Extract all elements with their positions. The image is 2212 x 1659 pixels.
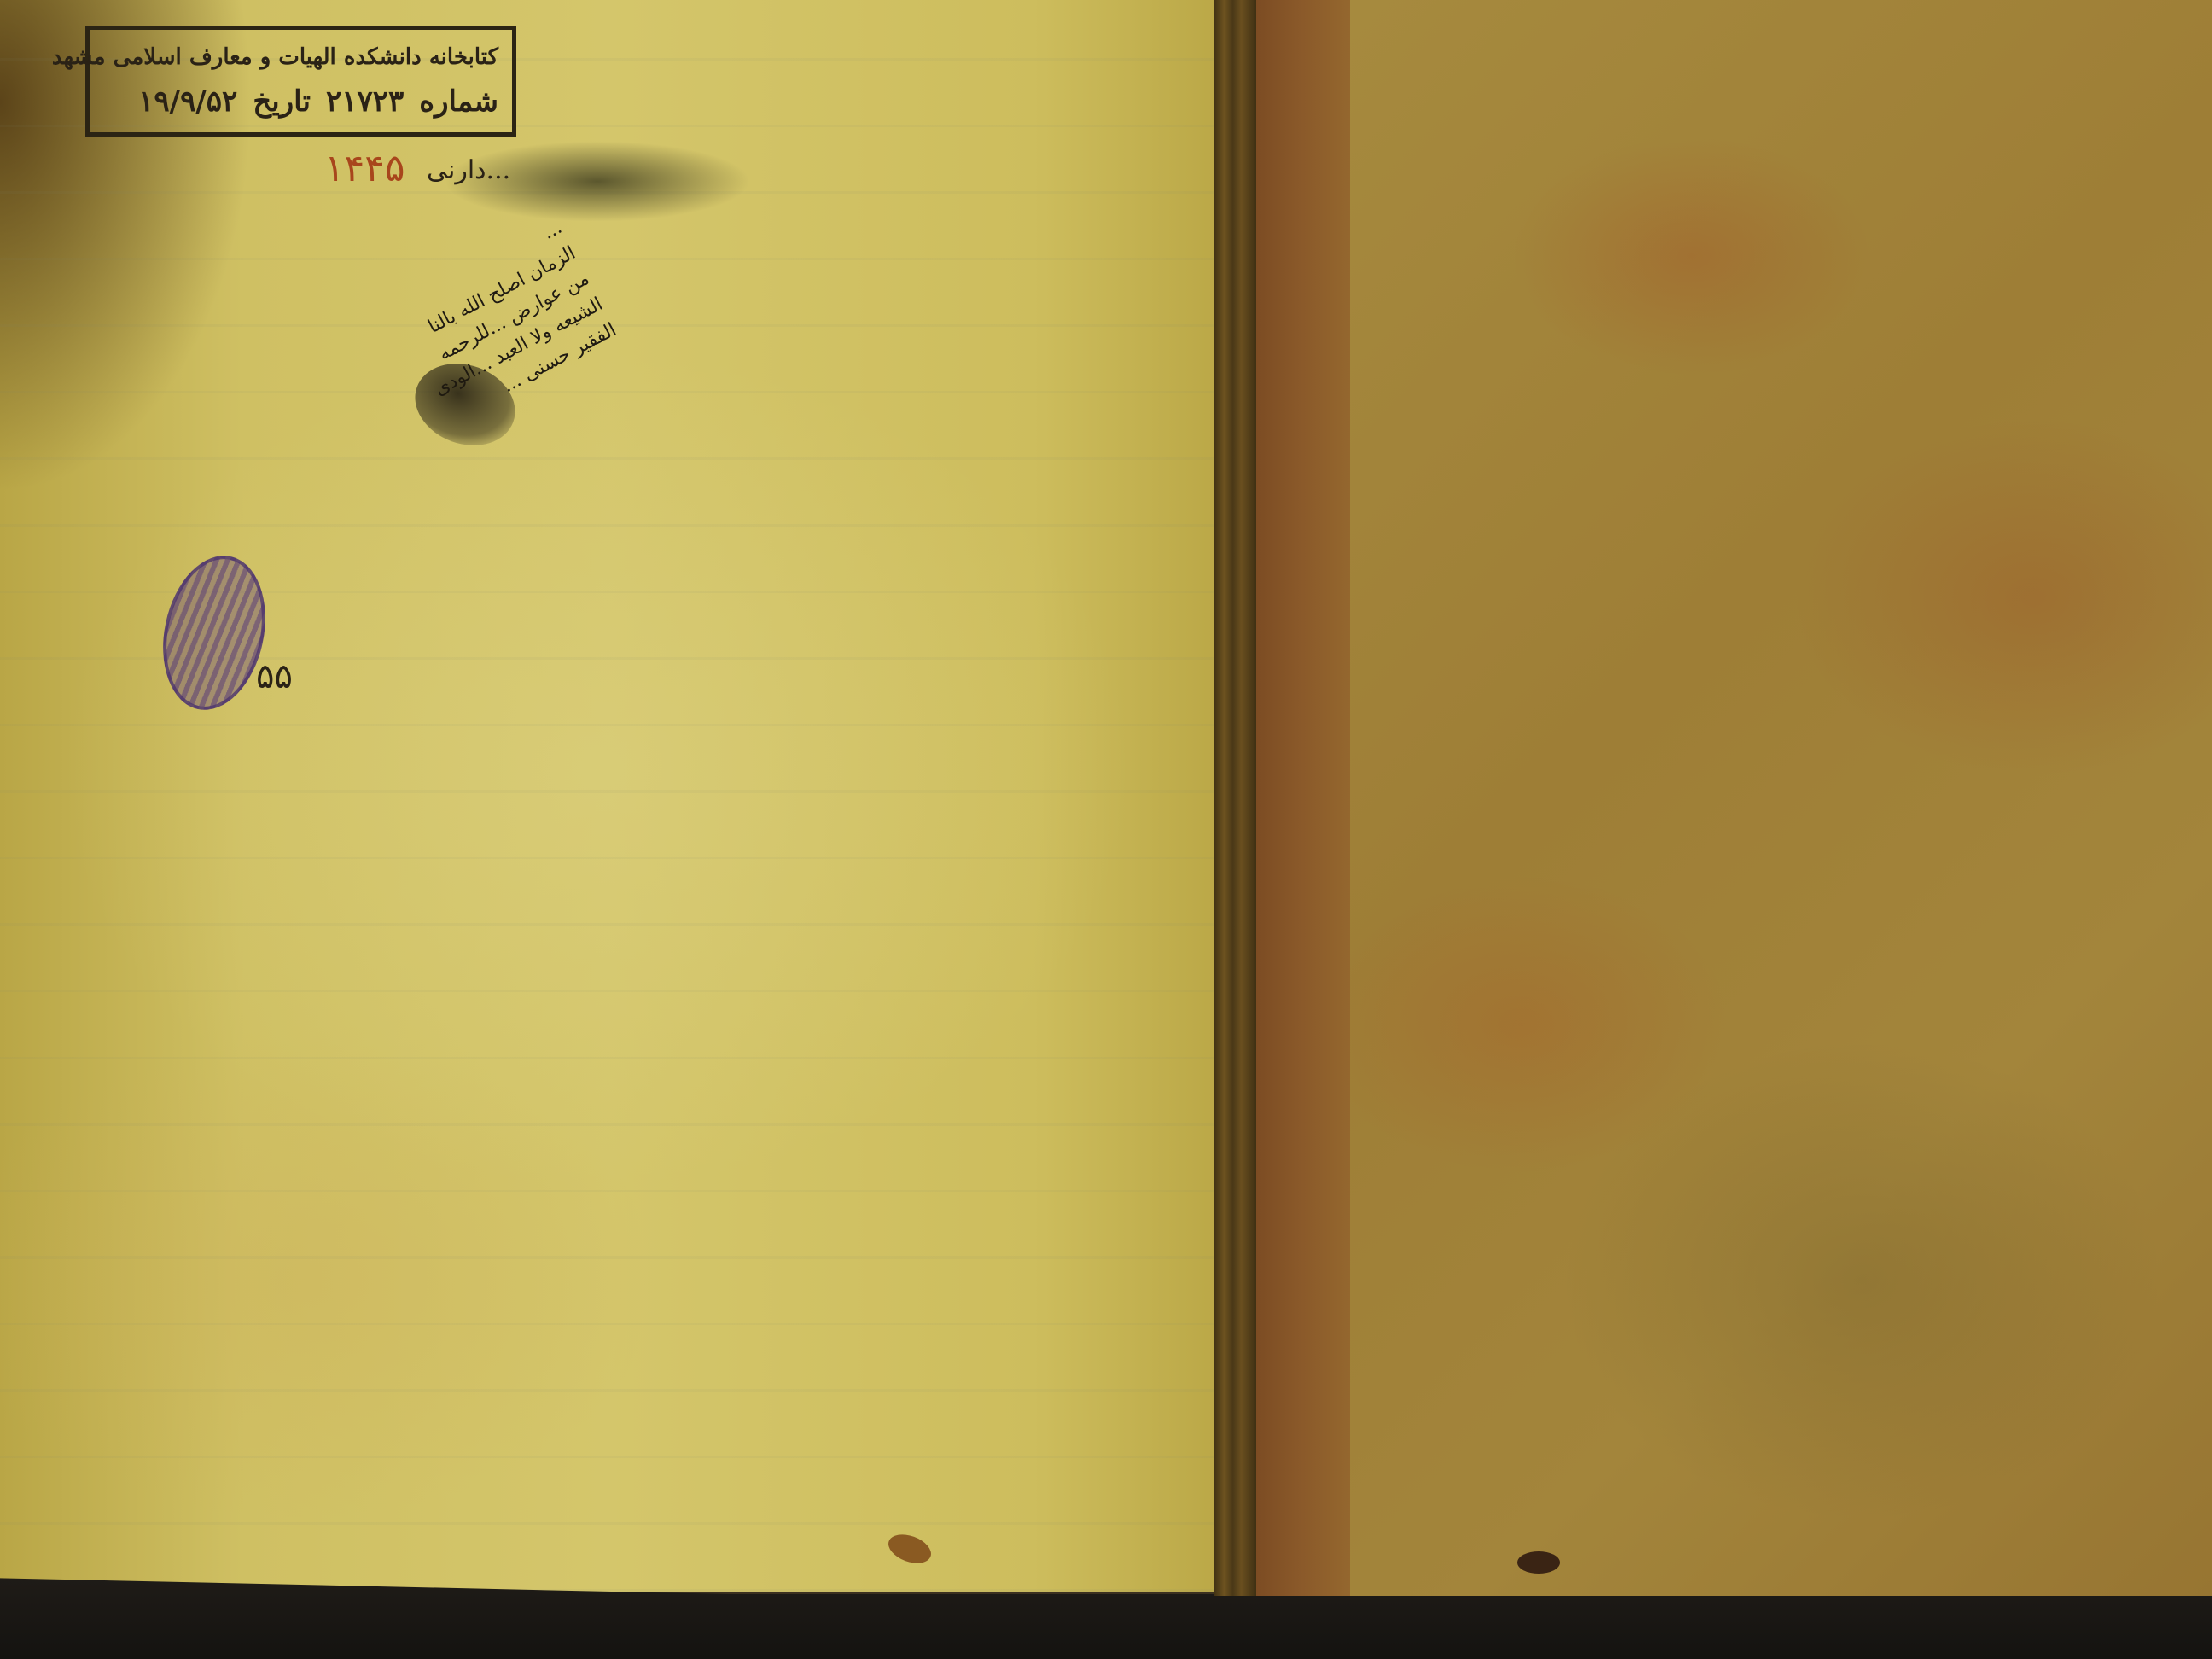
book-spine bbox=[1214, 0, 1256, 1596]
stamp-date-value: ۱۹/۹/۵۲ bbox=[138, 84, 237, 119]
folio-mark: ۵۵ bbox=[256, 657, 293, 696]
cover-stain bbox=[1517, 1551, 1560, 1574]
flyleaf-page bbox=[0, 0, 1216, 1594]
manuscript-photo: کتابخانه دانشکده الهیات و معارف اسلامی م… bbox=[0, 0, 2212, 1659]
stamp-date-label: تاریخ bbox=[253, 84, 311, 119]
stamp-number-label: شماره bbox=[419, 84, 498, 119]
shelf-number: ۱۴۴۵ bbox=[324, 147, 405, 190]
stamp-library-name: کتابخانه دانشکده الهیات و معارف اسلامی م… bbox=[103, 44, 498, 70]
spine-leather-band bbox=[1256, 0, 1350, 1596]
marbled-inner-cover bbox=[1350, 0, 2212, 1596]
library-stamp: کتابخانه دانشکده الهیات و معارف اسلامی م… bbox=[85, 26, 516, 137]
shelf-label: ...دارنی bbox=[427, 155, 510, 185]
stamp-number-line: شماره ۲۱۷۲۳ تاریخ ۱۹/۹/۵۲ bbox=[103, 84, 498, 119]
stamp-number-value: ۲۱۷۲۳ bbox=[326, 84, 404, 119]
